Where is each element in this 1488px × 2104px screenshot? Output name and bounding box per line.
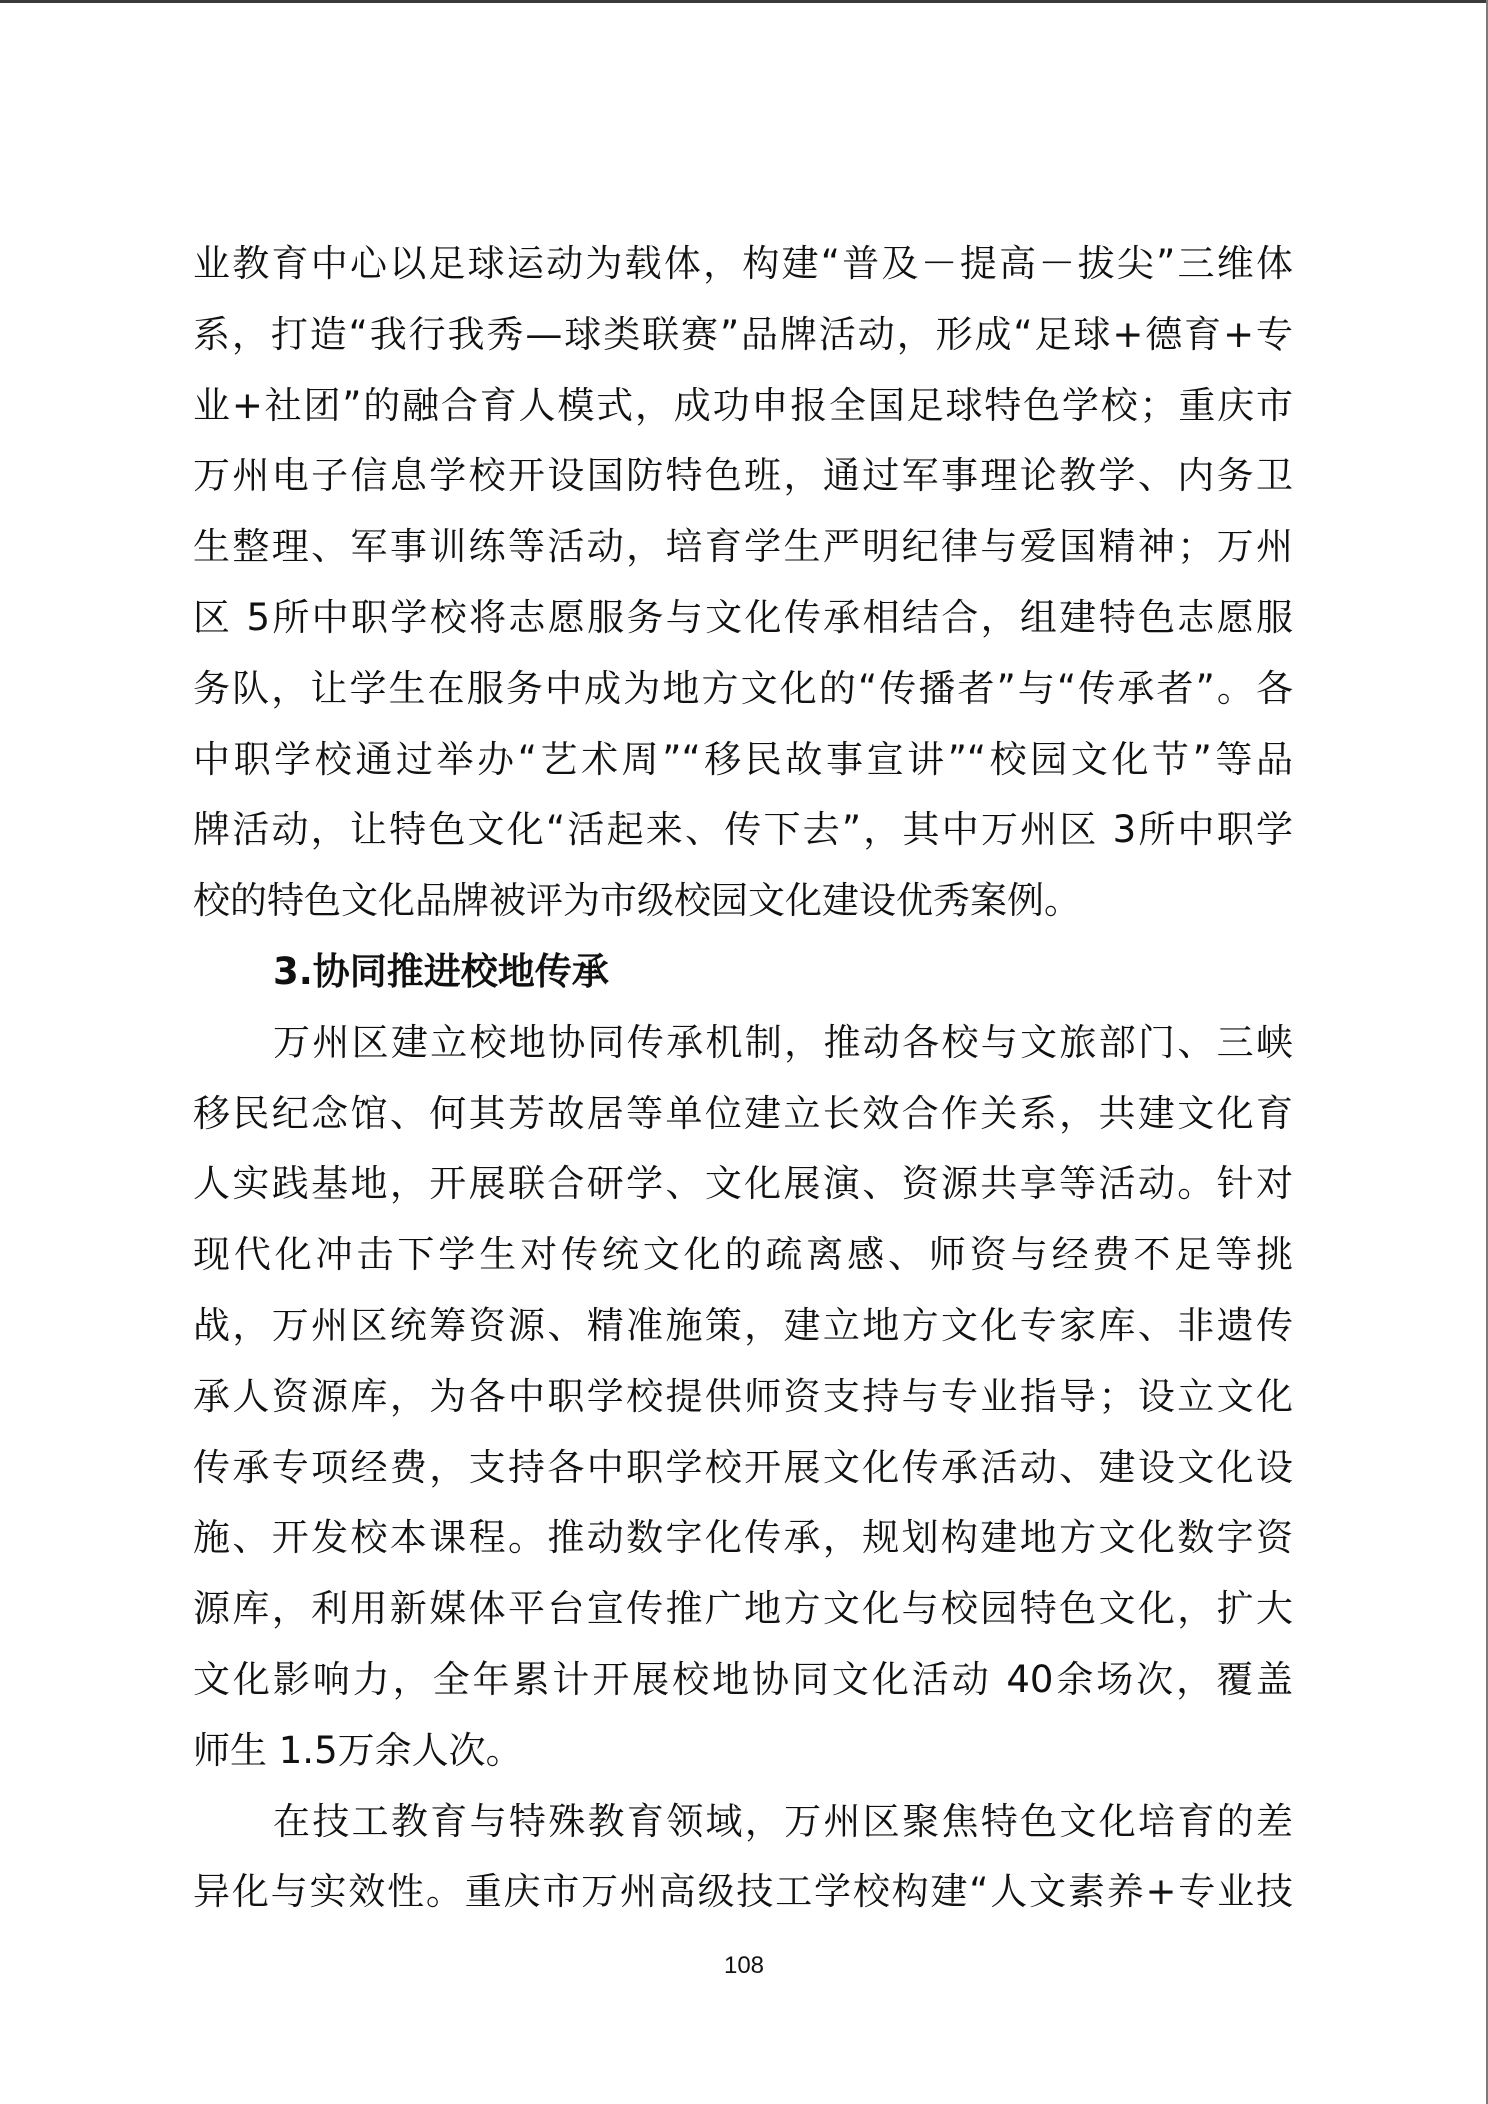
- body-line: 传承专项经费，支持各中职学校开展文化传承活动、建设文化设: [193, 1433, 1293, 1504]
- body-line: 生整理、军事训练等活动，培育学生严明纪律与爱国精神；万州: [193, 512, 1293, 583]
- body-line: 施、开发校本课程。推动数字化传承，规划构建地方文化数字资: [193, 1503, 1293, 1574]
- page-number: 108: [0, 1952, 1488, 1980]
- body-line: 区 5所中职学校将志愿服务与文化传承相结合，组建特色志愿服: [193, 583, 1293, 654]
- top-border: [0, 0, 1488, 3]
- body-line: 人实践基地，开展联合研学、文化展演、资源共享等活动。针对: [193, 1149, 1293, 1220]
- document-body: 业教育中心以足球运动为载体，构建“普及－提高－拔尖”三维体 系，打造“我行我秀—…: [193, 229, 1293, 1928]
- body-line: 战，万州区统筹资源、精准施策，建立地方文化专家库、非遗传: [193, 1291, 1293, 1362]
- paragraph-start-line: 万州区建立校地协同传承机制，推动各校与文旅部门、三峡: [193, 1008, 1293, 1079]
- body-line: 务队，让学生在服务中成为地方文化的“传播者”与“传承者”。各: [193, 654, 1293, 725]
- body-line: 系，打造“我行我秀—球类联赛”品牌活动，形成“足球+德育+专: [193, 300, 1293, 371]
- body-line: 文化影响力，全年累计开展校地协同文化活动 40余场次，覆盖: [193, 1645, 1293, 1716]
- section-heading: 3.协同推进校地传承: [193, 937, 1293, 1008]
- body-line: 现代化冲击下学生对传统文化的疏离感、师资与经费不足等挑: [193, 1220, 1293, 1291]
- body-line: 中职学校通过举办“艺术周”“移民故事宣讲”“校园文化节”等品: [193, 725, 1293, 796]
- body-line: 业+社团”的融合育人模式，成功申报全国足球特色学校；重庆市: [193, 371, 1293, 442]
- paragraph-start-line: 在技工教育与特殊教育领域，万州区聚焦特色文化培育的差: [193, 1787, 1293, 1858]
- paragraph-end-line: 师生 1.5万余人次。: [193, 1716, 1293, 1787]
- body-line: 牌活动，让特色文化“活起来、传下去”，其中万州区 3所中职学: [193, 795, 1293, 866]
- body-line: 承人资源库，为各中职学校提供师资支持与专业指导；设立文化: [193, 1362, 1293, 1433]
- body-line: 异化与实效性。重庆市万州高级技工学校构建“人文素养+专业技: [193, 1857, 1293, 1928]
- body-line: 源库，利用新媒体平台宣传推广地方文化与校园特色文化，扩大: [193, 1574, 1293, 1645]
- paragraph-end-line: 校的特色文化品牌被评为市级校园文化建设优秀案例。: [193, 866, 1293, 937]
- body-line: 万州电子信息学校开设国防特色班，通过军事理论教学、内务卫: [193, 441, 1293, 512]
- body-line: 移民纪念馆、何其芳故居等单位建立长效合作关系，共建文化育: [193, 1079, 1293, 1150]
- body-line: 业教育中心以足球运动为载体，构建“普及－提高－拔尖”三维体: [193, 229, 1293, 300]
